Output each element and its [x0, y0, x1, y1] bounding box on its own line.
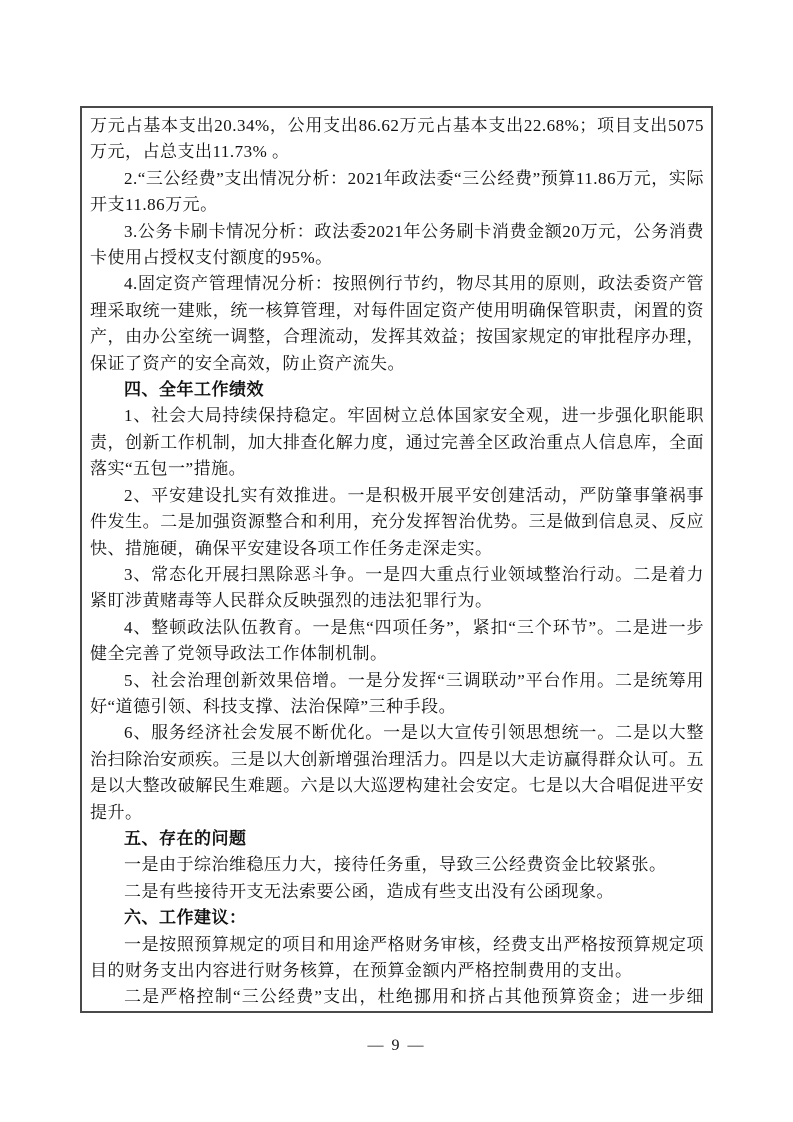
document-page: 万元占基本支出20.34%，公用支出86.62万元占基本支出22.68%；项目支…: [0, 0, 793, 1122]
heading-annual-work-performance: 四、全年工作绩效: [90, 377, 704, 403]
paragraph-performance-item-5: 5、社会治理创新效果倍增。一是分发挥“三调联动”平台作用。二是统筹用好“道德引领…: [90, 668, 704, 721]
paragraph-expense-ratio-continuation: 万元占基本支出20.34%，公用支出86.62万元占基本支出22.68%；项目支…: [90, 113, 704, 166]
paragraph-performance-item-4: 4、整顿政法队伍教育。一是焦“四项任务”，紧扣“三个环节”。二是进一步健全完善了…: [90, 615, 704, 668]
paragraph-suggestion-1: 一是按照预算规定的项目和用途严格财务审核，经费支出严格按预算规定项目的财务支出内…: [90, 932, 704, 985]
report-table-cell: 万元占基本支出20.34%，公用支出86.62万元占基本支出22.68%；项目支…: [80, 106, 713, 1013]
paragraph-business-card-analysis: 3.公务卡刷卡情况分析：政法委2021年公务刷卡消费金额20万元，公务消费卡使用…: [90, 219, 704, 272]
page-number-text: — 9 —: [368, 1037, 426, 1054]
paragraph-three-public-funds-analysis: 2.“三公经费”支出情况分析：2021年政法委“三公经费”预算11.86万元，实…: [90, 166, 704, 219]
paragraph-performance-item-3: 3、常态化开展扫黑除恶斗争。一是四大重点行业领域整治行动。二是着力紧盯涉黄赌毒等…: [90, 562, 704, 615]
heading-existing-problems: 五、存在的问题: [90, 826, 704, 852]
paragraph-problem-1: 一是由于综治维稳压力大，接待任务重，导致三公经费资金比较紧张。: [90, 852, 704, 878]
page-number: — 9 —: [0, 1037, 793, 1055]
paragraph-fixed-assets-analysis: 4.固定资产管理情况分析：按照例行节约，物尽其用的原则，政法委资产管理采取统一建…: [90, 271, 704, 377]
paragraph-performance-item-1: 1、社会大局持续保持稳定。牢固树立总体国家安全观，进一步强化职能职责，创新工作机…: [90, 403, 704, 482]
paragraph-performance-item-6: 6、服务经济社会发展不断优化。一是以大宣传引领思想统一。二是以大整治扫除治安顽疾…: [90, 720, 704, 826]
paragraph-problem-2: 二是有些接待开支无法索要公函，造成有些支出没有公函现象。: [90, 879, 704, 905]
paragraph-performance-item-2: 2、平安建设扎实有效推进。一是积极开展平安创建活动，严防肇事肇祸事件发生。二是加…: [90, 483, 704, 562]
paragraph-suggestion-2: 二是严格控制“三公经费”支出，杜绝挪用和挤占其他预算资金；进一步细化“三公经费”…: [90, 984, 704, 1013]
heading-work-suggestions: 六、工作建议：: [90, 905, 704, 931]
